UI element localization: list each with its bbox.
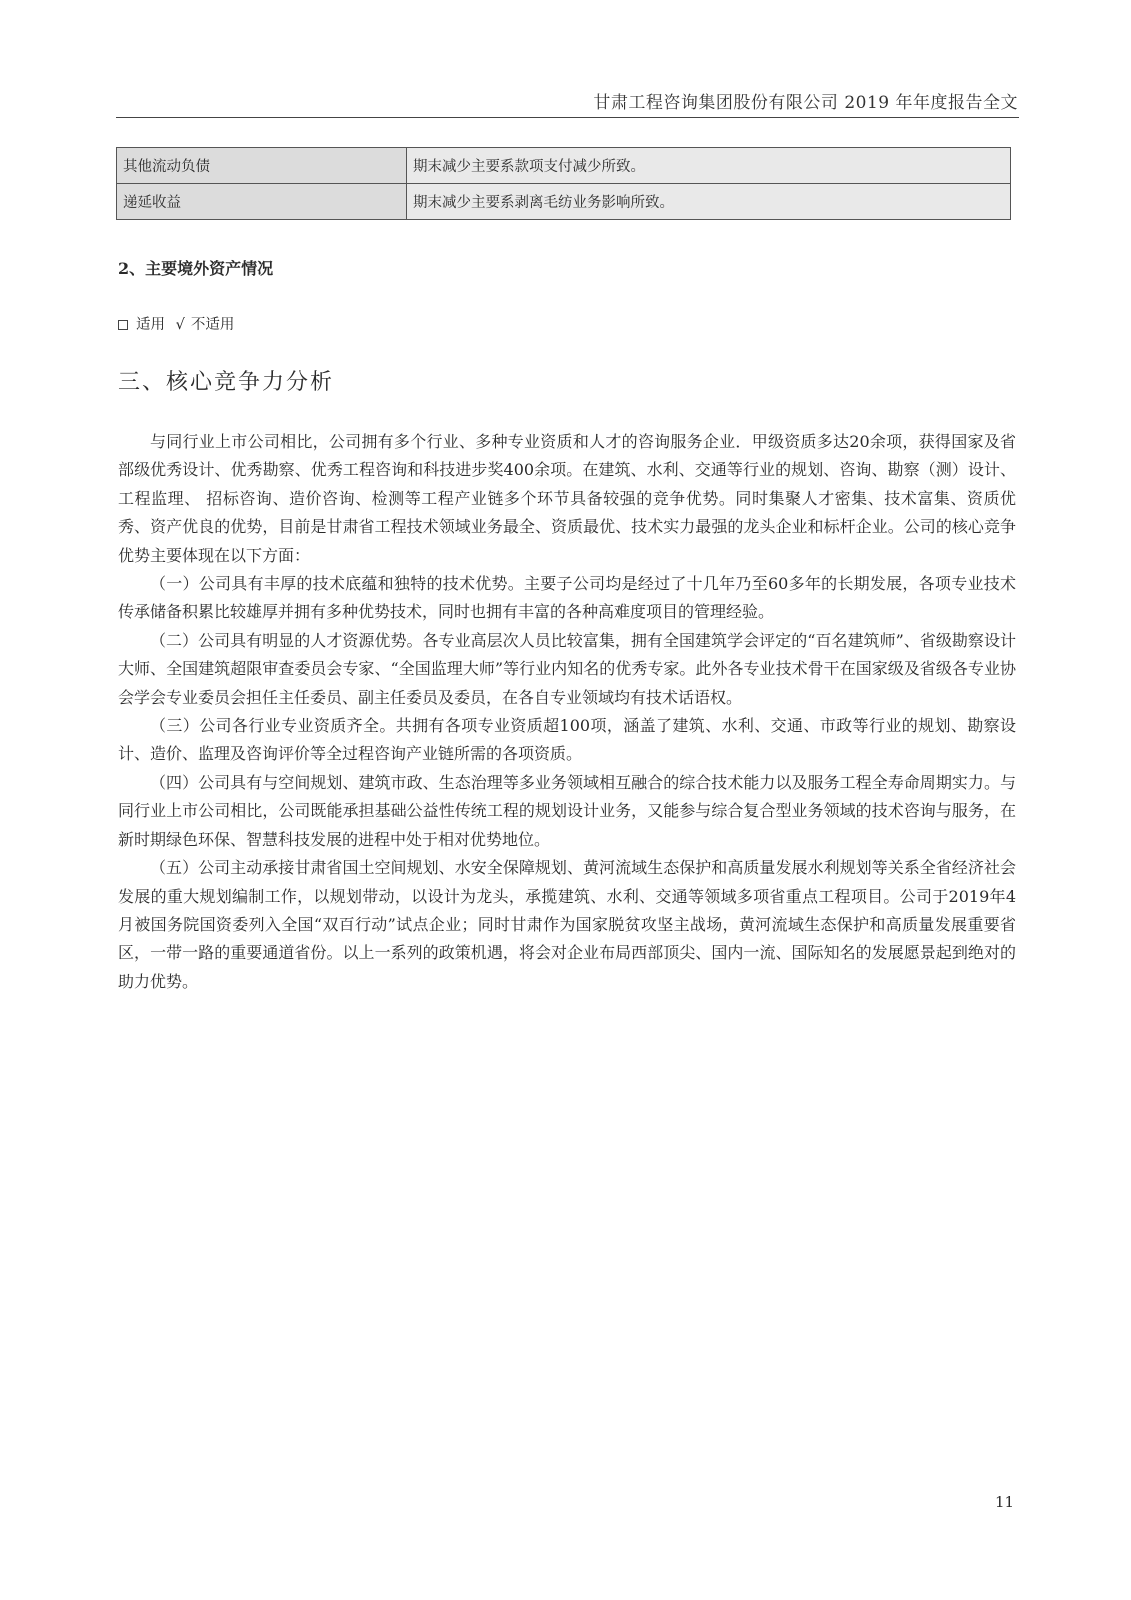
table-cell-item: 递延收益 <box>117 184 407 220</box>
overseas-assets-heading: 2、主要境外资产情况 <box>118 256 273 279</box>
paragraph: （三）公司各行业专业资质齐全。共拥有各项专业资质超100项，涵盖了建筑、水利、交… <box>118 712 1016 769</box>
check-mark-icon: √ <box>176 317 185 333</box>
paragraph: （二）公司具有明显的人才资源优势。各专业高层次人员比较富集，拥有全国建筑学会评定… <box>118 627 1016 712</box>
table-row: 其他流动负债 期末减少主要系款项支付减少所致。 <box>117 148 1011 184</box>
page-number: 11 <box>995 1493 1014 1511</box>
paragraph: （五）公司主动承接甘肃省国土空间规划、水安全保障规划、黄河流域生态保护和高质量发… <box>118 854 1016 996</box>
section-body: 与同行业上市公司相比，公司拥有多个行业、多种专业资质和人才的咨询服务企业．甲级资… <box>118 428 1016 996</box>
section-heading: 三、核心竞争力分析 <box>118 365 334 396</box>
table-cell-explanation: 期末减少主要系剥离毛纺业务影响所致。 <box>407 184 1011 220</box>
checkbox-icon <box>118 320 128 330</box>
option-applicable: 适用 <box>136 317 165 333</box>
option-not-applicable: 不适用 <box>191 317 235 333</box>
table-cell-item: 其他流动负债 <box>117 148 407 184</box>
balance-change-table: 其他流动负债 期末减少主要系款项支付减少所致。 递延收益 期末减少主要系剥离毛纺… <box>116 147 1011 220</box>
applicability-options: 适用 √不适用 <box>118 313 240 334</box>
paragraph: （四）公司具有与空间规划、建筑市政、生态治理等多业务领域相互融合的综合技术能力以… <box>118 769 1016 854</box>
table-cell-explanation: 期末减少主要系款项支付减少所致。 <box>407 148 1011 184</box>
paragraph: 与同行业上市公司相比，公司拥有多个行业、多种专业资质和人才的咨询服务企业．甲级资… <box>118 428 1016 570</box>
table-row: 递延收益 期末减少主要系剥离毛纺业务影响所致。 <box>117 184 1011 220</box>
header-divider <box>116 117 1019 118</box>
report-title: 甘肃工程咨询集团股份有限公司 2019 年年度报告全文 <box>593 88 1018 113</box>
paragraph: （一）公司具有丰厚的技术底蕴和独特的技术优势。主要子公司均是经过了十几年乃至60… <box>118 570 1016 627</box>
